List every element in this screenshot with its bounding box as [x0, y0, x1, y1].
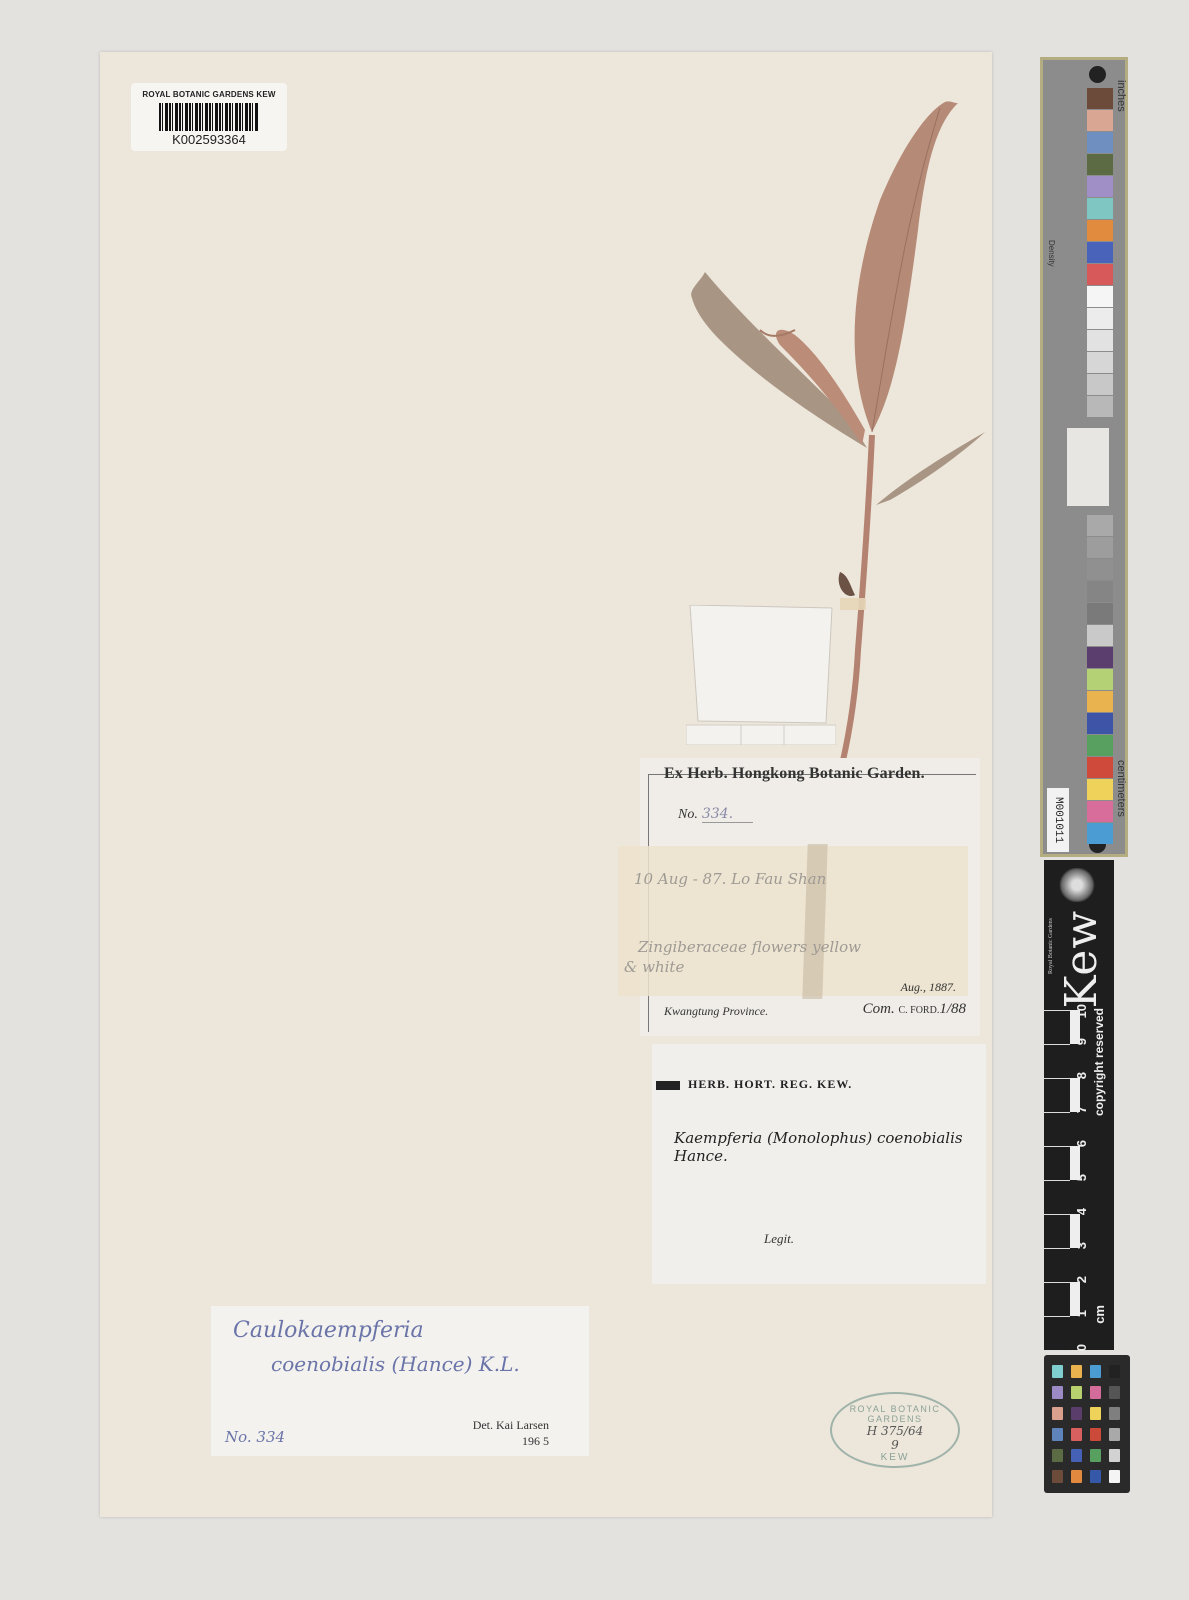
scale-number: 8 [1074, 1072, 1089, 1079]
color-swatch [1087, 396, 1113, 417]
checker-patch [1071, 1470, 1082, 1483]
color-swatch [1087, 779, 1113, 800]
collection-date: Aug., 1887. [901, 980, 956, 995]
color-swatch [1087, 286, 1113, 307]
barcode-institution: ROYAL BOTANIC GARDENS KEW [131, 90, 287, 99]
checker-patch [1052, 1449, 1063, 1462]
color-swatch [1087, 713, 1113, 734]
scale-tick [1044, 1248, 1070, 1249]
determination-label: Caulokaempferia coenobialis (Hance) K.L.… [211, 1306, 589, 1456]
color-bar-id: M001011 [1047, 788, 1069, 852]
color-swatch [1087, 537, 1113, 558]
stamp-number: 9 [832, 1438, 958, 1452]
scale-tick [1044, 1112, 1070, 1113]
scale-number: 2 [1074, 1276, 1089, 1283]
color-density-bar: inches Density centimeters M001011 [1040, 57, 1128, 857]
scale-tick [1044, 1044, 1070, 1045]
color-swatch [1087, 801, 1113, 822]
color-swatch [1087, 515, 1113, 536]
det-name-line1: Caulokaempferia [233, 1318, 424, 1343]
scale-number: 3 [1074, 1242, 1089, 1249]
color-swatch [1087, 669, 1113, 690]
scale-tick [1044, 1282, 1070, 1283]
color-swatch [1087, 88, 1113, 109]
checker-patch [1090, 1386, 1101, 1399]
checker-patch [1071, 1407, 1082, 1420]
legit-field: Legit. [764, 1231, 794, 1247]
centimeters-label: centimeters [1115, 760, 1127, 817]
checker-patch [1071, 1428, 1082, 1441]
scale-tick [1044, 1316, 1070, 1317]
tissue-note-line3: & white [624, 958, 684, 976]
color-swatch [1087, 308, 1113, 329]
scale-tick [1044, 1214, 1070, 1215]
color-swatch [1087, 220, 1113, 241]
fragment-packet [686, 605, 836, 745]
scale-tick [1044, 1350, 1070, 1351]
checker-patch [1109, 1386, 1120, 1399]
color-swatch [1087, 647, 1113, 668]
checker-patch [1090, 1470, 1101, 1483]
color-swatch [1087, 110, 1113, 131]
tissue-note-line2: Zingiberaceae flowers yellow [638, 938, 861, 956]
checker-patch [1071, 1449, 1082, 1462]
scale-number: 0 [1074, 1344, 1089, 1351]
scale-number: 6 [1074, 1140, 1089, 1147]
tissue-note-line1: 10 Aug - 87. Lo Fau Shan [634, 870, 826, 888]
det-specimen-number: No. 334 [225, 1428, 285, 1446]
color-swatch [1087, 264, 1113, 285]
kew-brand-sub: Royal Botanic Gardens [1048, 918, 1054, 974]
checker-patch [1109, 1407, 1120, 1420]
kew-herbarium-label: HERB. HORT. REG. KEW. Kaempferia (Monolo… [652, 1044, 986, 1284]
number-label: No. [678, 807, 698, 822]
checker-patch [1109, 1428, 1120, 1441]
checker-patch [1071, 1365, 1082, 1378]
color-swatch [1087, 176, 1113, 197]
unit-label: cm [1092, 1305, 1107, 1324]
color-swatch [1087, 625, 1113, 646]
scale-tick [1044, 1146, 1070, 1147]
checker-patch [1090, 1365, 1101, 1378]
communicated-by: Com. C. FORD.1/88 [863, 1001, 966, 1018]
color-swatch [1087, 132, 1113, 153]
color-swatch [1087, 823, 1113, 844]
color-swatch [1087, 242, 1113, 263]
stamp-bottom-text: KEW [832, 1452, 958, 1463]
label-title: Ex Herb. Hongkong Botanic Garden. [664, 765, 925, 783]
scale-number: 10 [1074, 1004, 1089, 1018]
color-swatch [1087, 154, 1113, 175]
color-swatch [1087, 198, 1113, 219]
color-checker [1044, 1355, 1130, 1493]
stamp-accession: H 375/64 [832, 1424, 958, 1438]
kew-label-header: HERB. HORT. REG. KEW. [656, 1077, 852, 1092]
checker-patch [1052, 1470, 1063, 1483]
checker-patch [1109, 1470, 1120, 1483]
det-name-line2: coenobialis (Hance) K.L. [271, 1352, 520, 1376]
copyright-text: copyright reserved [1092, 1008, 1106, 1116]
color-swatch [1087, 757, 1113, 778]
color-swatch [1087, 374, 1113, 395]
checker-patch [1109, 1365, 1120, 1378]
number-value: 334. [702, 806, 753, 823]
barcode-number: K002593364 [131, 132, 287, 147]
color-swatch [1087, 603, 1113, 624]
scale-number: 9 [1074, 1038, 1089, 1045]
scale-tick [1044, 1010, 1070, 1011]
checker-patch [1052, 1365, 1063, 1378]
inches-label: inches [1115, 80, 1127, 112]
determiner: Det. Kai Larsen 196 5 [473, 1417, 549, 1449]
redaction-mark [656, 1081, 680, 1090]
registration-dot-icon [1089, 66, 1106, 83]
scale-number: 4 [1074, 1208, 1089, 1215]
color-swatch [1087, 691, 1113, 712]
checker-patch [1090, 1428, 1101, 1441]
kew-stamp: ROYAL BOTANIC GARDENS H 375/64 9 KEW [830, 1392, 960, 1468]
stamp-arc-text: ROYAL BOTANIC GARDENS [832, 1404, 958, 1424]
kew-brand: Kew [1056, 910, 1107, 1008]
checker-patch [1109, 1449, 1120, 1462]
scale-tick [1044, 1180, 1070, 1181]
province: Kwangtung Province. [664, 1004, 768, 1019]
kew-determination: Kaempferia (Monolophus) coenobialis Hanc… [674, 1129, 986, 1165]
color-swatch [1087, 330, 1113, 351]
checker-patch [1071, 1386, 1082, 1399]
density-label: Density [1047, 240, 1056, 267]
checker-patch [1090, 1407, 1101, 1420]
scale-number: 7 [1074, 1106, 1089, 1113]
royal-crest-icon [1058, 868, 1096, 902]
specimen-number: No.334. [678, 806, 753, 823]
hongkong-botanic-garden-label: Ex Herb. Hongkong Botanic Garden. No.334… [640, 758, 980, 1036]
scale-tick [1044, 1078, 1070, 1079]
gray-target [1067, 428, 1109, 506]
color-swatch [1087, 735, 1113, 756]
checker-patch [1052, 1386, 1063, 1399]
checker-patch [1052, 1407, 1063, 1420]
color-swatch [1087, 581, 1113, 602]
checker-patch [1090, 1449, 1101, 1462]
cm-ruler [1044, 1010, 1070, 1322]
color-swatch [1087, 352, 1113, 373]
scale-number: 5 [1074, 1174, 1089, 1181]
scale-number: 1 [1074, 1310, 1089, 1317]
kew-scale-bar: Royal Botanic Gardens Kew copyright rese… [1044, 860, 1114, 1350]
barcode-label: ROYAL BOTANIC GARDENS KEW K002593364 [131, 83, 287, 151]
barcode-icon [159, 103, 259, 131]
checker-patch [1052, 1428, 1063, 1441]
color-swatch [1087, 559, 1113, 580]
